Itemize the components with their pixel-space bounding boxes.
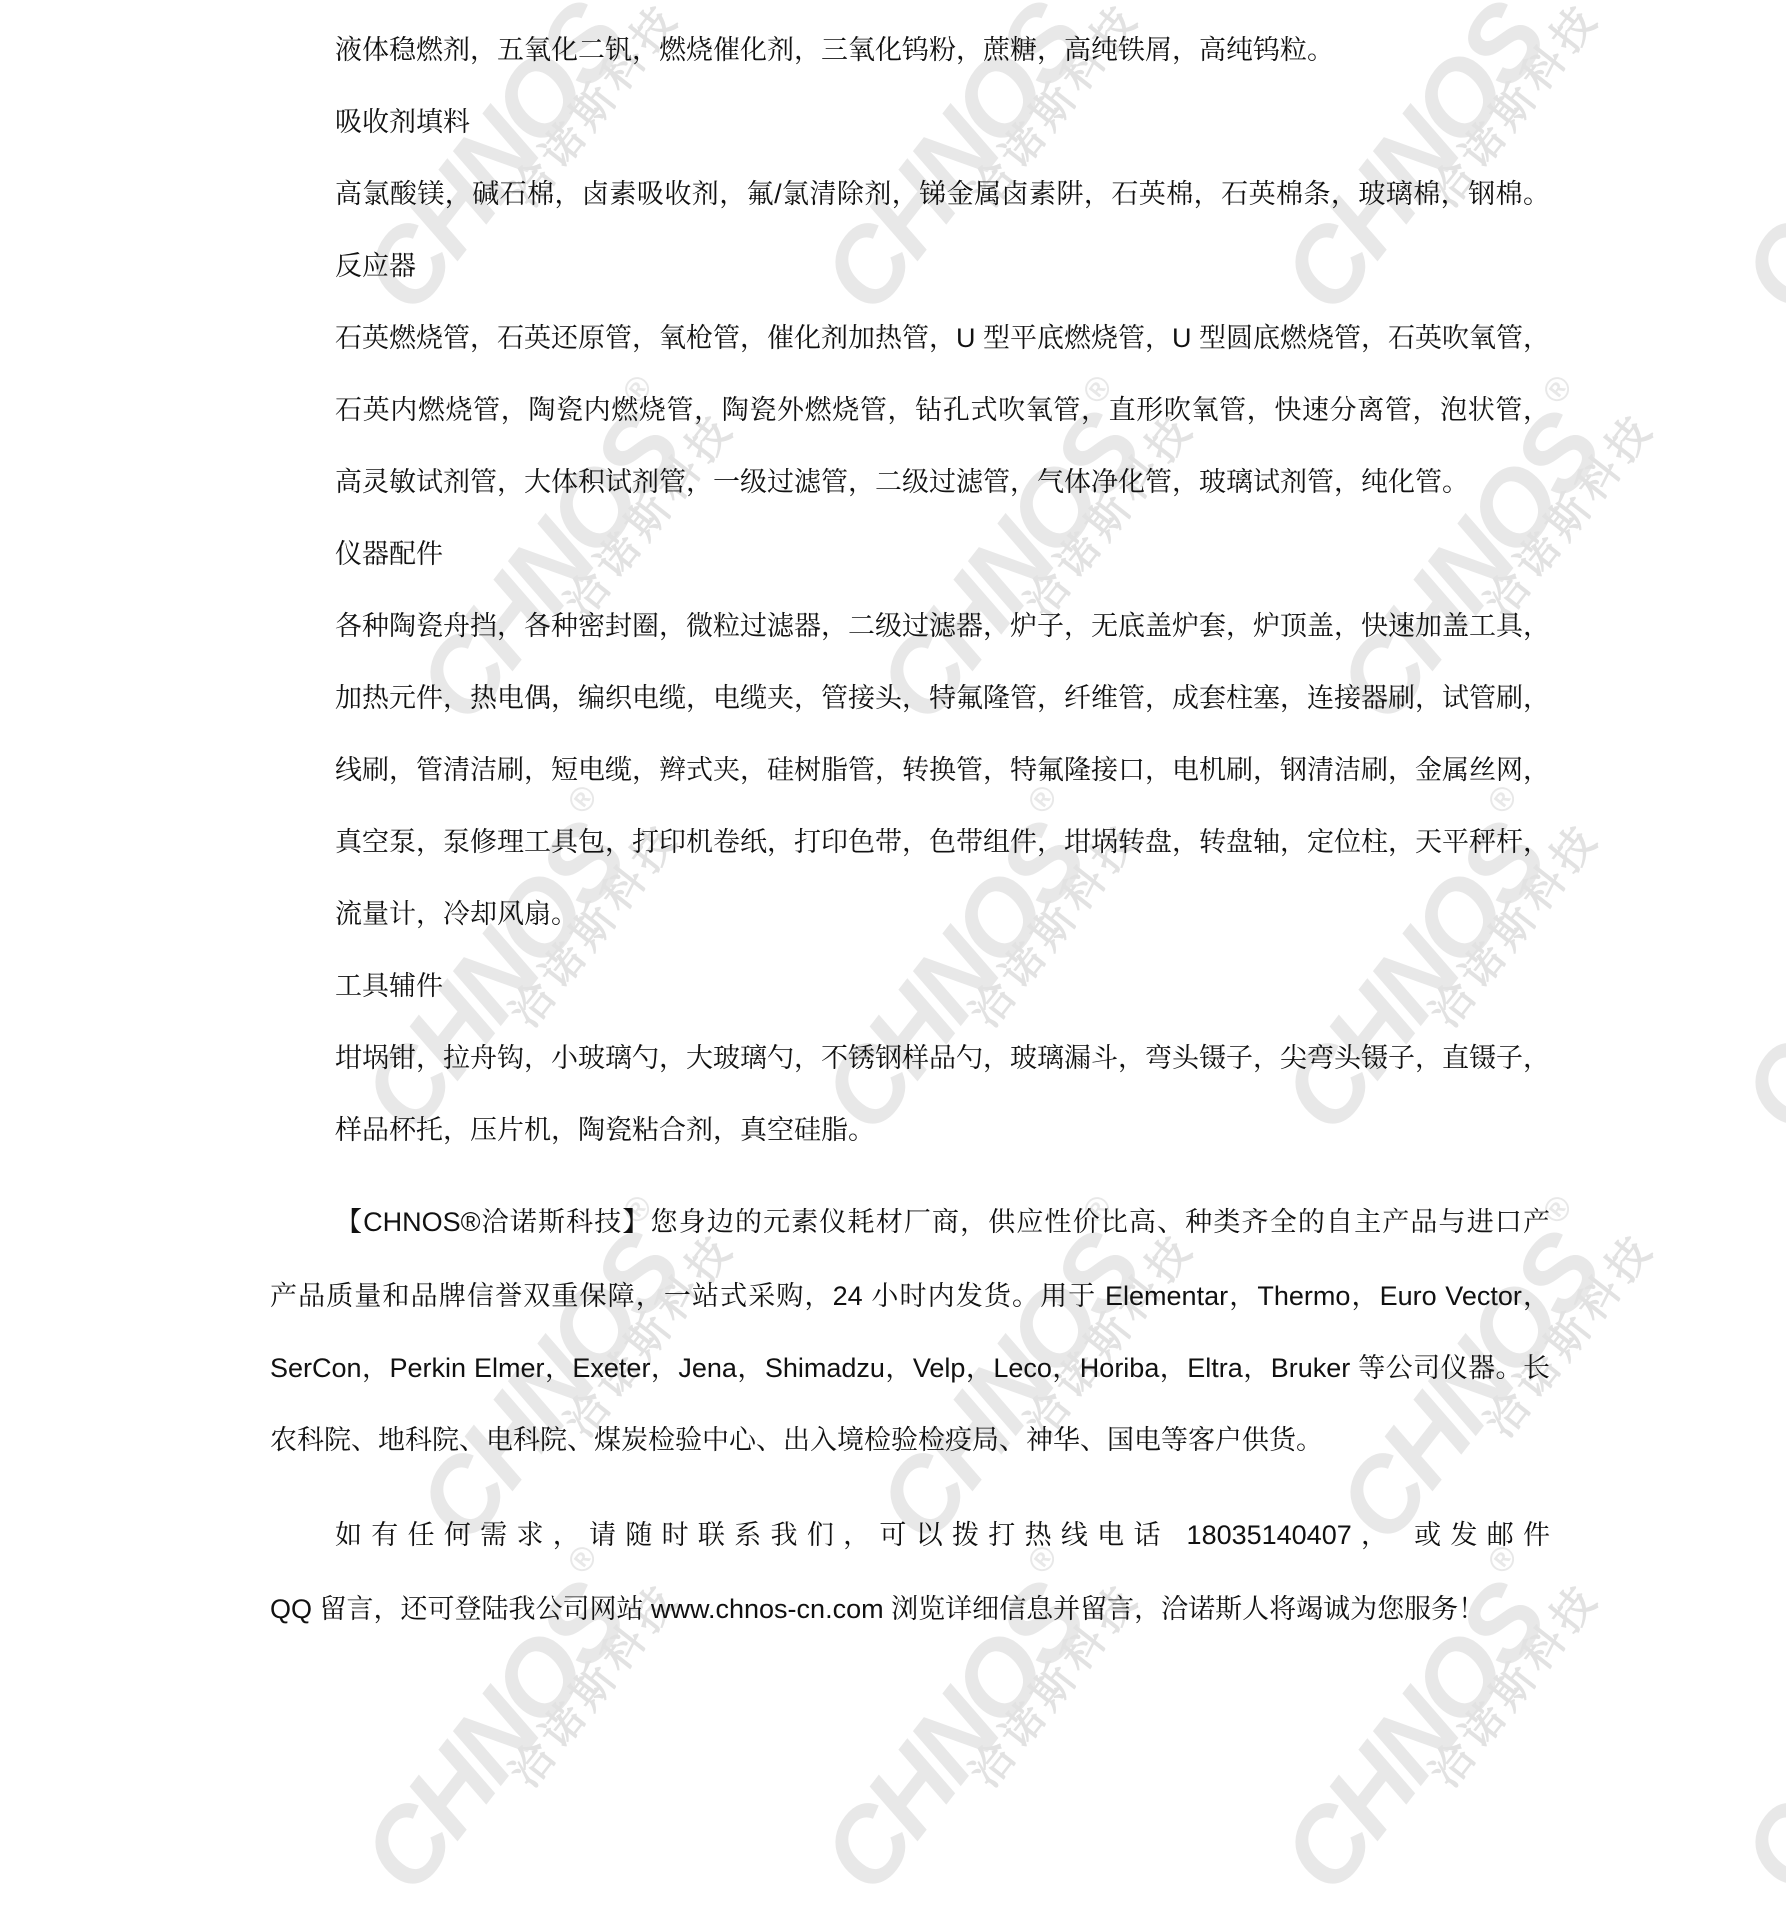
text-line: 坩埚钳，拉舟钩，小玻璃勺，大玻璃勺，不锈钢样品勺，玻璃漏斗，弯头镊子，尖弯头镊子… bbox=[335, 1038, 1550, 1082]
text-line: QQ 留言，还可登陆我公司网站 www.chnos-cn.com 浏览详细信息并… bbox=[270, 1589, 1550, 1633]
section-heading: 反应器 bbox=[335, 246, 1550, 290]
section-heading: 仪器配件 bbox=[335, 534, 1550, 578]
text-line: 线刷，管清洁刷，短电缆，辫式夹，硅树脂管，转换管，特氟隆接口，电机刷，钢清洁刷，… bbox=[335, 750, 1550, 794]
text-line: 农科院、地科院、电科院、煤炭检验中心、出入境检验检疫局、神华、国电等客户供货。 bbox=[270, 1420, 1550, 1464]
text-line: 高氯酸镁，碱石棉，卤素吸收剂，氟/氯清除剂，锑金属卤素阱，石英棉，石英棉条，玻璃… bbox=[335, 174, 1550, 218]
text-line: 流量计，冷却风扇。 bbox=[335, 894, 1550, 938]
text-line: 加热元件，热电偶，编织电缆，电缆夹，管接头，特氟隆管，纤维管，成套柱塞，连接器刷… bbox=[335, 678, 1550, 722]
document-page: CHNOS®洽诺斯科技CHNOS®洽诺斯科技CHNOS®洽诺斯科技CHNOS®洽… bbox=[0, 0, 1786, 1920]
text-line: 样品杯托，压片机，陶瓷粘合剂，真空硅脂。 bbox=[335, 1110, 1550, 1154]
text-line: 各种陶瓷舟挡，各种密封圈，微粒过滤器，二级过滤器，炉子，无底盖炉套，炉顶盖，快速… bbox=[335, 606, 1550, 650]
section-heading: 工具辅件 bbox=[335, 966, 1550, 1010]
text-line: 如有任何需求，请随时联系我们，可以拨打热线电话 18035140407， 或发邮… bbox=[270, 1515, 1550, 1559]
text-line: 石英内燃烧管，陶瓷内燃烧管，陶瓷外燃烧管，钻孔式吹氧管，直形吹氧管，快速分离管，… bbox=[335, 390, 1550, 434]
text-line: 石英燃烧管，石英还原管，氧枪管，催化剂加热管，U 型平底燃烧管，U 型圆底燃烧管… bbox=[335, 318, 1550, 362]
text-line: 高灵敏试剂管，大体积试剂管，一级过滤管，二级过滤管，气体净化管，玻璃试剂管，纯化… bbox=[335, 462, 1550, 506]
text-line: 真空泵，泵修理工具包，打印机卷纸，打印色带，色带组件，坩埚转盘，转盘轴，定位柱，… bbox=[335, 822, 1550, 866]
text-line: 【CHNOS®洽诺斯科技】您身边的元素仪耗材厂商，供应性价比高、种类齐全的自主产… bbox=[270, 1202, 1550, 1246]
text-line: 产品质量和品牌信誉双重保障，一站式采购，24 小时内发货。用于 Elementa… bbox=[270, 1276, 1550, 1320]
document-text-layer: 液体稳燃剂，五氧化二钒，燃烧催化剂，三氧化钨粉，蔗糖，高纯铁屑，高纯钨粒。吸收剂… bbox=[0, 0, 1786, 1920]
text-line: 液体稳燃剂，五氧化二钒，燃烧催化剂，三氧化钨粉，蔗糖，高纯铁屑，高纯钨粒。 bbox=[335, 30, 1550, 74]
text-line: SerCon，Perkin Elmer，Exeter，Jena，Shimadzu… bbox=[270, 1348, 1550, 1392]
section-heading: 吸收剂填料 bbox=[335, 102, 1550, 146]
